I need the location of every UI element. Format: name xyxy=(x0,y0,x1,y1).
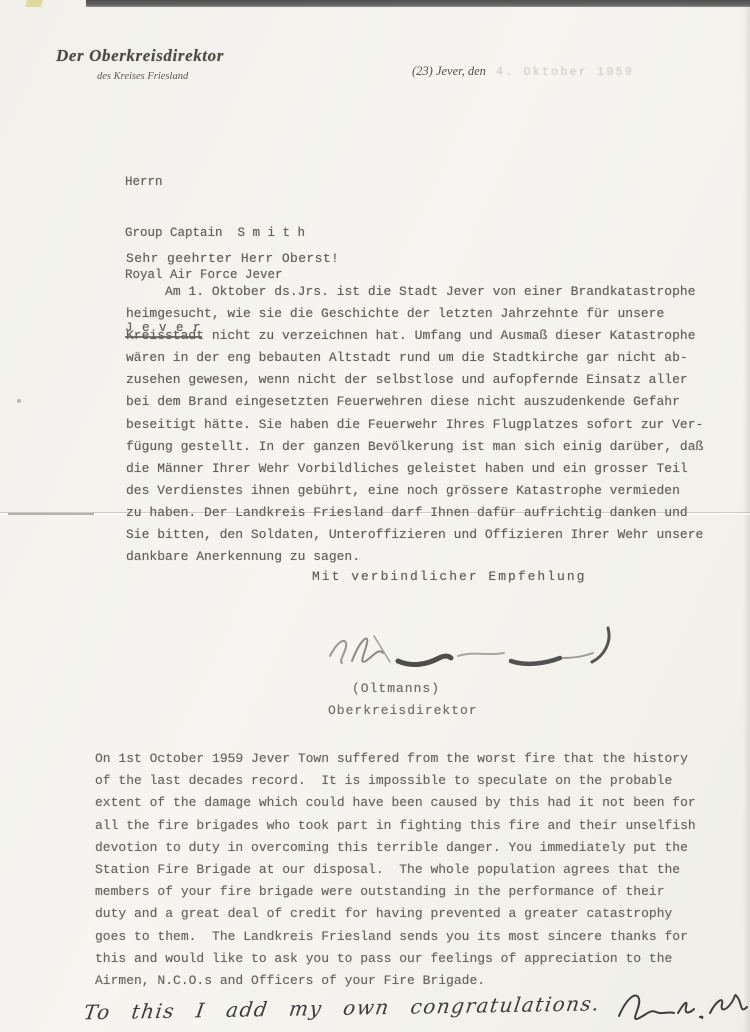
german-body-paragraph: Am 1. Oktober ds.Jrs. ist die Stadt Jeve… xyxy=(126,281,726,568)
scan-corner-mark xyxy=(25,0,43,7)
letterhead-title: Der Oberkreisdirektor xyxy=(56,46,224,66)
recipient-salutation-prefix: Herrn xyxy=(125,175,305,189)
scan-edge-right xyxy=(743,0,750,1032)
commander-signature-scrawl xyxy=(614,985,750,1029)
oltmanns-signature-scrawl xyxy=(322,620,637,678)
scan-edge-left xyxy=(0,10,4,1032)
handwritten-note: To this I add my own congratulations. xyxy=(82,992,585,1025)
scanned-letter-page: { "colors": { "paper": "#f4f3ef", "typew… xyxy=(0,0,750,1032)
dateline-faint-date: 4. Oktober 1959 xyxy=(496,65,634,79)
recipient-unit: Royal Air Force Jever xyxy=(125,268,305,282)
letterhead-subtitle: des Kreises Friesland xyxy=(97,71,188,82)
dateline: (23) Jever, den4. Oktober 1959 xyxy=(412,64,634,79)
margin-smudge-dot xyxy=(17,399,21,403)
english-translation-paragraph: On 1st October 1959 Jever Town suffered … xyxy=(95,748,725,992)
dateline-place: (23) Jever, den xyxy=(412,64,486,78)
recipient-name: Group Captain S m i t h xyxy=(125,226,305,240)
signatory-name: (Oltmanns) xyxy=(352,681,440,696)
fold-crease-left-dash xyxy=(8,513,94,515)
salutation: Sehr geehrter Herr Oberst! xyxy=(126,251,339,266)
closing-phrase: Mit verbindlicher Empfehlung xyxy=(312,569,586,584)
signatory-title: Oberkreisdirektor xyxy=(328,703,478,718)
scan-edge-top xyxy=(86,0,750,7)
